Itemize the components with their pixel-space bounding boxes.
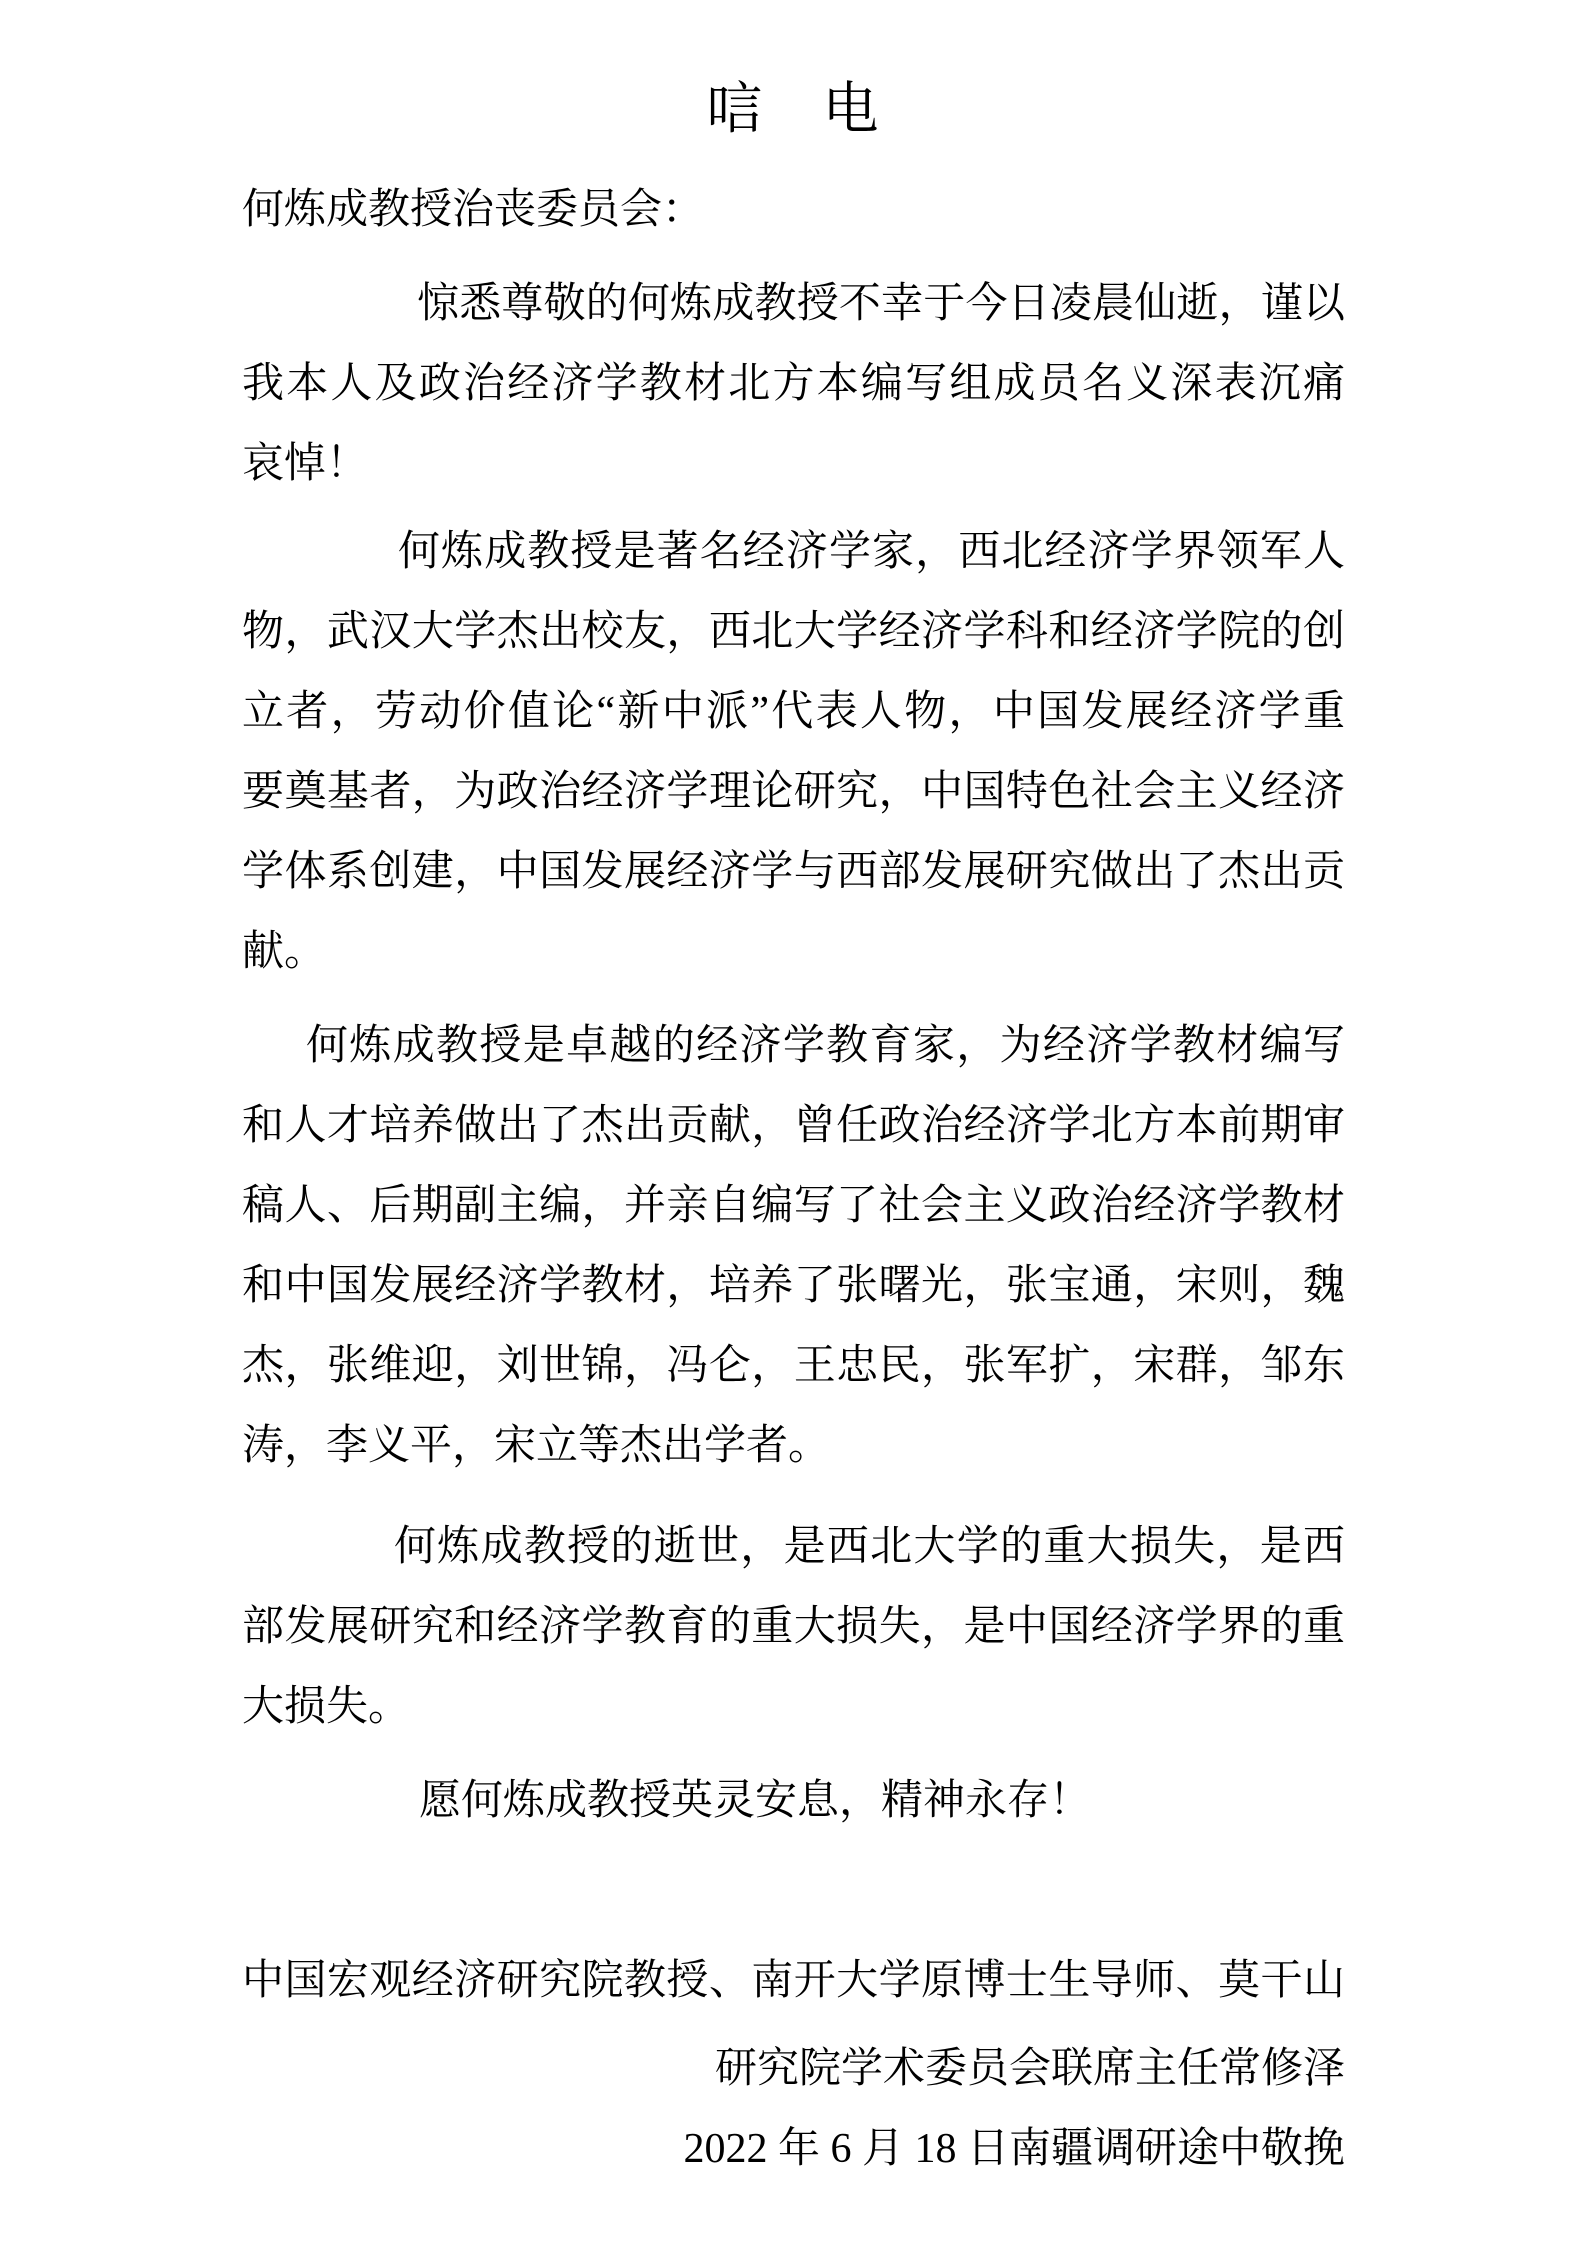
text-line: 部发展研究和经济学教育的重大损失，是中国经济学界的重 bbox=[242, 1587, 1345, 1667]
text-line: 涛，李义平，宋立等杰出学者。 bbox=[242, 1406, 1345, 1486]
text-line: 愿何炼成教授英灵安息，精神永存！ bbox=[242, 1761, 1345, 1841]
document-page: 唁 电 何炼成教授治丧委员会：惊悉尊敬的何炼成教授不幸于今日凌晨仙逝，谨以我本人… bbox=[0, 0, 1587, 2245]
text-line: 献。 bbox=[242, 912, 1345, 992]
text-line: 和人才培养做出了杰出贡献，曾任政治经济学北方本前期审 bbox=[242, 1086, 1345, 1166]
text-line: 何炼成教授是著名经济学家，西北经济学界领军人 bbox=[242, 512, 1345, 592]
text-line: 何炼成教授的逝世，是西北大学的重大损失，是西 bbox=[242, 1507, 1345, 1587]
text-line: 和中国发展经济学教材，培养了张曙光，张宝通，宋则，魏 bbox=[242, 1246, 1345, 1326]
text-line: 何炼成教授是卓越的经济学教育家，为经济学教材编写 bbox=[242, 1006, 1345, 1086]
text-line: 物，武汉大学杰出校友，西北大学经济学科和经济学院的创 bbox=[242, 592, 1345, 672]
text-line: 要奠基者，为政治经济学理论研究，中国特色社会主义经济 bbox=[242, 752, 1345, 832]
text-line: 学体系创建，中国发展经济学与西部发展研究做出了杰出贡 bbox=[242, 832, 1345, 912]
document-title: 唁 电 bbox=[242, 60, 1345, 160]
text-line: 我本人及政治经济学教材北方本编写组成员名义深表沉痛 bbox=[242, 344, 1345, 424]
text-line: 中国宏观经济研究院教授、南开大学原博士生导师、莫干山 bbox=[242, 1941, 1345, 2021]
text-line: 哀悼！ bbox=[242, 424, 1345, 504]
text-line: 惊悉尊敬的何炼成教授不幸于今日凌晨仙逝，谨以 bbox=[242, 264, 1345, 344]
text-line: 大损失。 bbox=[242, 1667, 1345, 1747]
text-line: 稿人、后期副主编，并亲自编写了社会主义政治经济学教材 bbox=[242, 1166, 1345, 1246]
text-line: 研究院学术委员会联席主任常修泽 bbox=[242, 2029, 1345, 2109]
text-line: 立者，劳动价值论“新中派”代表人物，中国发展经济学重 bbox=[242, 672, 1345, 752]
text-line: 2022 年 6 月 18 日南疆调研途中敬挽 bbox=[242, 2109, 1345, 2189]
text-line: 杰，张维迎，刘世锦，冯仑，王忠民，张军扩，宋群，邹东 bbox=[242, 1326, 1345, 1406]
document-body: 何炼成教授治丧委员会：惊悉尊敬的何炼成教授不幸于今日凌晨仙逝，谨以我本人及政治经… bbox=[242, 170, 1345, 2189]
text-line: 何炼成教授治丧委员会： bbox=[242, 170, 1345, 250]
